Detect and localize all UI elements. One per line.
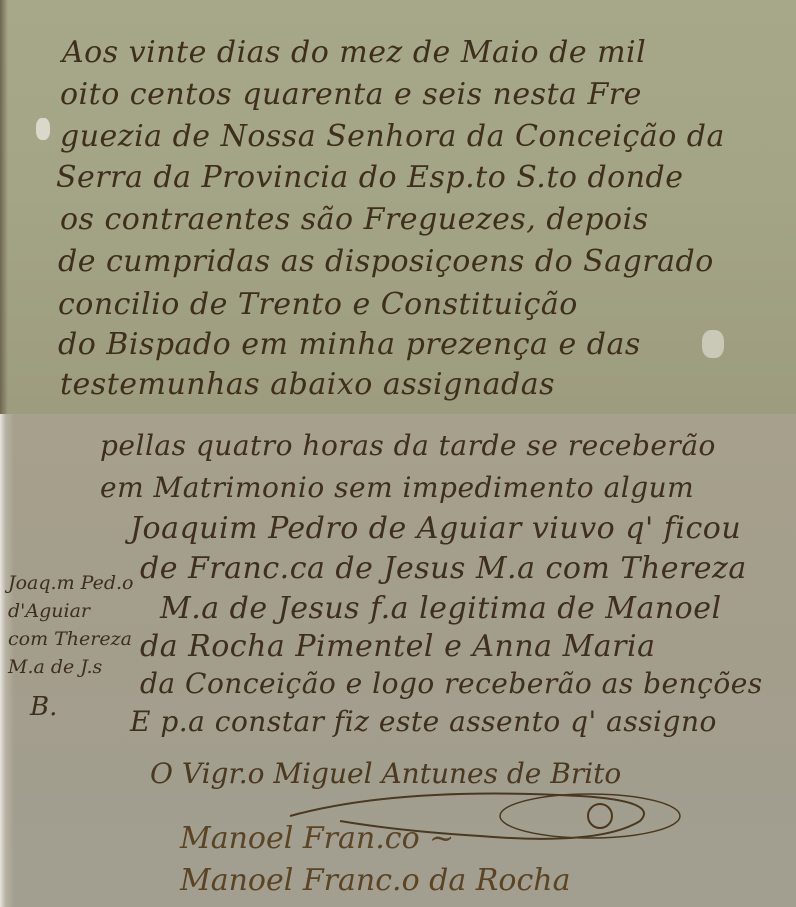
page-edge [0,0,8,414]
signature-witness-2: Manoel Franc.o da Rocha [180,866,570,896]
margin-note-line: Joaq.m Ped.o [8,574,133,593]
text-line: pellas quatro horas da tarde se receberã… [100,432,716,460]
margin-note-line: d'Aguiar [8,602,90,621]
text-line: testemunhas abaixo assignadas [60,370,555,400]
text-line: de Franc.ca de Jesus M.a com Thereza [140,554,747,584]
text-line: Serra da Provincia do Esp.to S.to donde [56,163,684,193]
paper-stain [36,118,50,140]
text-line: guezia de Nossa Senhora da Conceição da [60,122,725,152]
margin-note-line: B. [30,694,57,720]
signature-witness-1: Manoel Fran.co ~ [180,824,454,854]
margin-note-line: com Thereza [8,630,132,649]
text-line: oito centos quarenta e seis nesta Fre [60,80,642,110]
top-page-panel: Aos vinte dias do mez de Maio de mil oit… [0,0,796,414]
manuscript-page: Aos vinte dias do mez de Maio de mil oit… [0,0,796,907]
text-line: em Matrimonio sem impedimento algum [100,474,694,502]
bottom-page-panel: pellas quatro horas da tarde se receberã… [0,414,796,907]
text-line: Joaquim Pedro de Aguiar viuvo q' ficou [130,514,741,544]
text-line: Aos vinte dias do mez de Maio de mil [62,38,646,68]
margin-note-line: M.a de J.s [8,658,102,677]
text-line: do Bispado em minha prezença e das [58,330,641,360]
text-line: M.a de Jesus f.a legitima de Manoel [160,594,722,624]
text-line: da Conceição e logo receberão as benções [140,670,763,698]
text-line: de cumpridas as disposiçoens do Sagrado [58,247,714,277]
text-line: concilio de Trento e Constituição [58,290,578,320]
text-line: os contraentes são Freguezes, depois [60,205,649,235]
paper-stain [702,330,724,358]
text-line: E p.a constar fiz este assento q' assign… [130,708,717,736]
text-line: da Rocha Pimentel e Anna Maria [140,632,656,662]
